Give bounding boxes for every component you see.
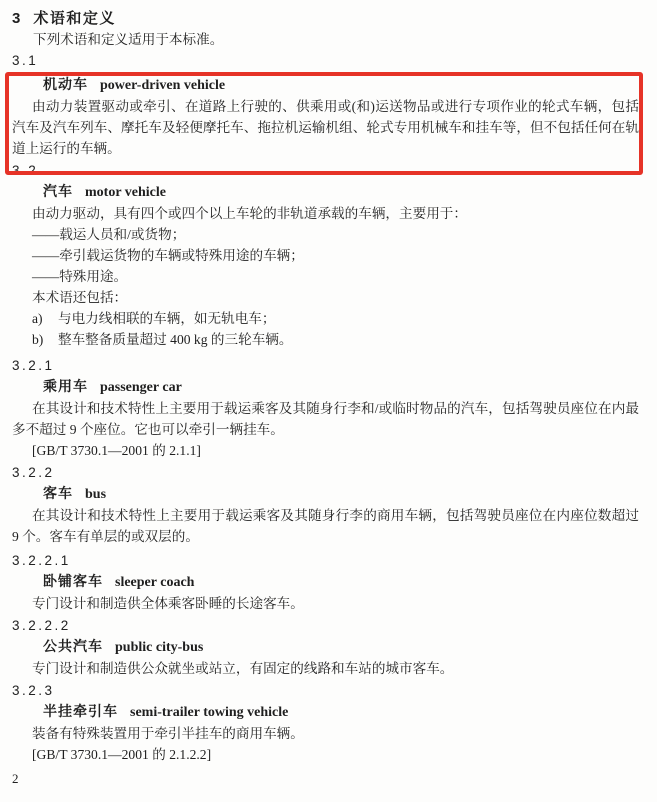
definition-text: 在其设计和技术特性上主要用于载运乘客及其随身行李的商用车辆，包括驾驶员座位在内座… <box>12 505 639 547</box>
term-cn: 乘用车 <box>43 378 88 394</box>
term-cn: 卧铺客车 <box>43 573 103 589</box>
list-marker: a) <box>32 308 58 329</box>
term-cn: 公共汽车 <box>43 638 103 654</box>
term-heading-3-2-2-2: 公共汽车public city-bus <box>12 636 639 658</box>
document-page: 3术语和定义 下列术语和定义适用于本标准。 3.1 机动车power-drive… <box>0 0 657 802</box>
term-en: motor vehicle <box>85 185 166 200</box>
section-id-3-2-1: 3.2.1 <box>12 355 639 376</box>
term-heading-3-2-3: 半挂牵引车semi-trailer towing vehicle <box>12 701 639 723</box>
dash-item: ——载运人员和/或货物； <box>12 224 639 245</box>
definition-text: 专门设计和制造供公众就坐或站立，有固定的线路和车站的城市客车。 <box>12 658 639 679</box>
definition-text: 由动力装置驱动或牵引、在道路上行驶的、供乘用或(和)运送物品或进行专项作业的轮式… <box>12 96 639 159</box>
page-number: 2 <box>12 768 639 789</box>
list-text: 整车整备质量超过 400 kg 的三轮车辆。 <box>58 332 293 347</box>
section-id-3-2-2-2: 3.2.2.2 <box>12 615 639 636</box>
section-id-3-2-3: 3.2.3 <box>12 680 639 701</box>
section-id-3-1: 3.1 <box>12 50 639 71</box>
source-reference: [GB/T 3730.1—2001 的 2.1.2.2] <box>12 744 639 765</box>
definition-text: 由动力驱动，具有四个或四个以上车轮的非轨道承载的车辆，主要用于： <box>12 203 639 224</box>
term-en: power-driven vehicle <box>100 78 225 93</box>
term-heading-3-2-2-1: 卧铺客车sleeper coach <box>12 571 639 593</box>
dash-item: ——特殊用途。 <box>12 266 639 287</box>
source-reference: [GB/T 3730.1—2001 的 2.1.1] <box>12 440 639 461</box>
clause-title: 术语和定义 <box>33 10 116 27</box>
clause-heading: 3术语和定义 <box>12 8 639 29</box>
term-heading-3-1: 机动车power-driven vehicle <box>12 74 639 96</box>
term-cn: 半挂牵引车 <box>43 703 118 719</box>
term-heading-3-2-1: 乘用车passenger car <box>12 376 639 398</box>
list-item-a: a)与电力线相联的车辆，如无轨电车； <box>12 308 639 329</box>
definition-text: 装备有特殊装置用于牵引半挂车的商用车辆。 <box>12 723 639 744</box>
clause-number: 3 <box>12 10 20 27</box>
definition-text: 本术语还包括： <box>12 287 639 308</box>
intro-text: 下列术语和定义适用于本标准。 <box>12 29 639 50</box>
term-en: semi-trailer towing vehicle <box>130 705 288 720</box>
term-en: passenger car <box>100 380 182 395</box>
term-cn: 机动车 <box>43 76 88 92</box>
list-item-b: b)整车整备质量超过 400 kg 的三轮车辆。 <box>12 329 639 350</box>
section-id-3-2-2-1: 3.2.2.1 <box>12 550 639 571</box>
section-id-3-2-2: 3.2.2 <box>12 462 639 483</box>
term-heading-3-2-2: 客车bus <box>12 483 639 505</box>
term-en: sleeper coach <box>115 575 194 590</box>
list-text: 与电力线相联的车辆，如无轨电车； <box>58 311 276 326</box>
term-cn: 客车 <box>43 485 73 501</box>
term-heading-3-2: 汽车motor vehicle <box>12 181 639 203</box>
dash-item: ——牵引载运货物的车辆或特殊用途的车辆； <box>12 245 639 266</box>
term-en: bus <box>85 487 106 502</box>
term-en: public city-bus <box>115 640 203 655</box>
term-cn: 汽车 <box>43 183 73 199</box>
definition-text: 专门设计和制造供全体乘客卧睡的长途客车。 <box>12 593 639 614</box>
section-id-3-2: 3.2 <box>12 160 639 181</box>
list-marker: b) <box>32 329 58 350</box>
definition-text: 在其设计和技术特性上主要用于载运乘客及其随身行李和/或临时物品的汽车，包括驾驶员… <box>12 398 639 440</box>
